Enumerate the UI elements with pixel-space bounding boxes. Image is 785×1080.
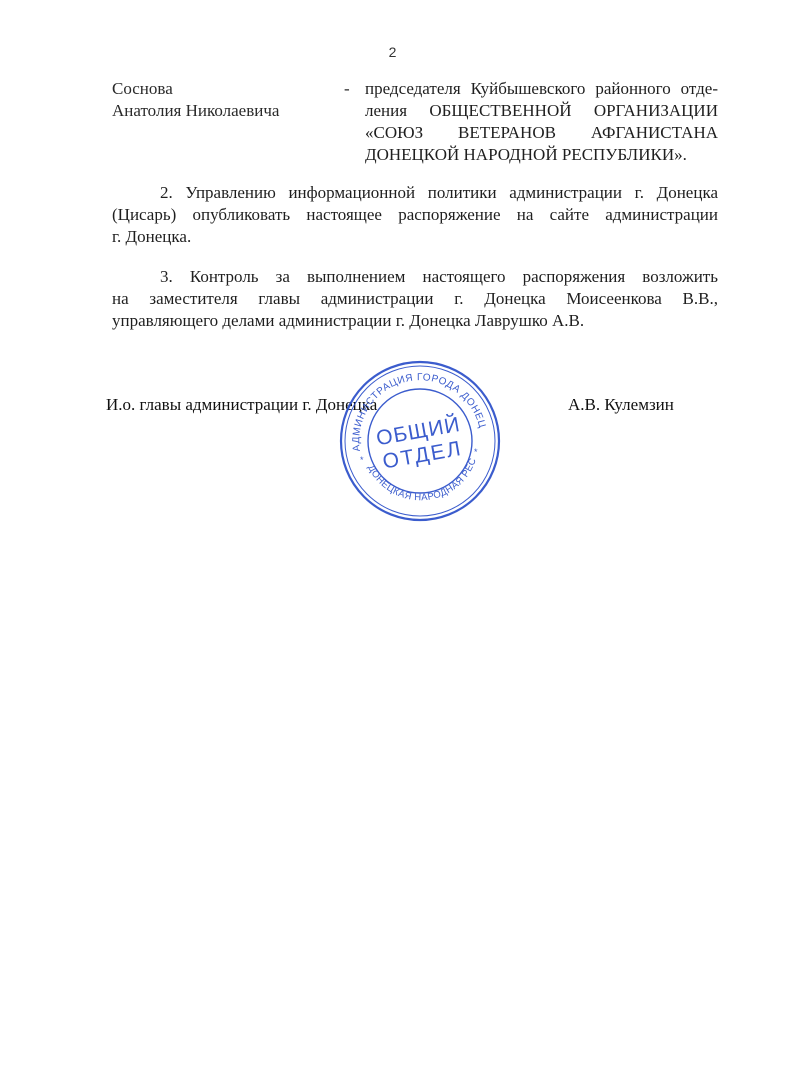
appointee-name: Соснова Анатолия Николаевича [112, 78, 332, 122]
role-line: ДОНЕЦКОЙ НАРОДНОЙ РЕСПУБЛИКИ». [365, 144, 718, 166]
paragraph-line: управляющего делами администрации г. Дон… [112, 310, 718, 332]
paragraph-line: (Цисарь) опубликовать настоящее распоряж… [112, 204, 718, 226]
official-stamp-icon: АДМИНИСТРАЦИЯ ГОРОДА ДОНЕЦКА ДОНЕЦКАЯ НА… [338, 359, 502, 523]
signatory-position: И.о. главы администрации г. Донецка [106, 395, 377, 415]
page-number: 2 [0, 44, 785, 60]
paragraph-line: на заместителя главы администрации г. До… [112, 288, 718, 310]
paragraph-line: 3. Контроль за выполнением настоящего ра… [112, 266, 718, 288]
role-line: «СОЮЗ ВЕТЕРАНОВ АФГАНИСТАНА [365, 122, 718, 144]
signatory-name: А.В. Кулемзин [568, 395, 674, 415]
svg-text:*: * [360, 455, 364, 465]
paragraph-item-3: 3. Контроль за выполнением настоящего ра… [112, 266, 718, 332]
paragraph-item-2: 2. Управлению информационной политики ад… [112, 182, 718, 248]
role-line: ления ОБЩЕСТВЕННОЙ ОРГАНИЗАЦИИ [365, 100, 718, 122]
role-line: председателя Куйбышевского районного отд… [365, 78, 718, 100]
paragraph-line: г. Донецка. [112, 226, 718, 248]
appointee-role: председателя Куйбышевского районного отд… [365, 78, 718, 166]
entry-dash: - [344, 78, 350, 100]
appointee-given-names: Анатолия Николаевича [112, 100, 332, 122]
paragraph-line: 2. Управлению информационной политики ад… [112, 182, 718, 204]
appointee-surname: Соснова [112, 78, 332, 100]
svg-text:*: * [474, 447, 478, 457]
